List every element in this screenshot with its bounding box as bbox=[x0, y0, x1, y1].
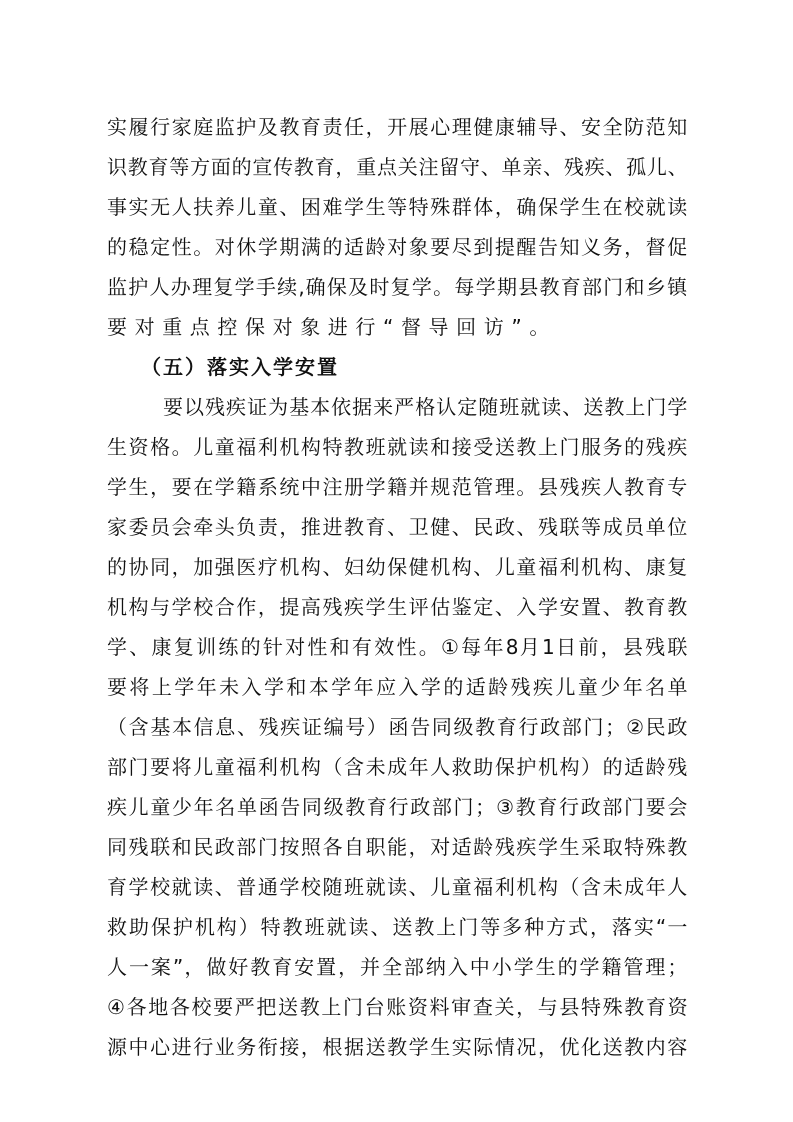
section-heading: （五）落实入学安置 bbox=[107, 347, 687, 387]
text-line: ④ 各 地 各 校 要 严 把 送 教 上 门 台 账 资 料 审 查 关 ， … bbox=[107, 987, 687, 1027]
text-line: 的 稳 定 性 。 对 休 学 期 满 的 适 龄 对 象 要 尽 到 提 醒 … bbox=[107, 227, 687, 267]
text-line: 机 构 与 学 校 合 作 ， 提 高 残 疾 学 生 评 估 鉴 定 、 入 … bbox=[107, 587, 687, 627]
text-line: 要对重点控保对象进行“督导回访”。 bbox=[107, 307, 687, 347]
text-line: 学 生 ， 要 在 学 籍 系 统 中 注 册 学 籍 并 规 范 管 理 。 … bbox=[107, 467, 687, 507]
text-line: 同 残 联 和 民 政 部 门 按 照 各 自 职 能 ， 对 适 龄 残 疾 … bbox=[107, 827, 687, 867]
text-line: 要 将 上 学 年 未 入 学 和 本 学 年 应 入 学 的 适 龄 残 疾 … bbox=[107, 667, 687, 707]
text-line: 监 护 人 办 理 复 学 手 续 , 确 保 及 时 复 学 。 每 学 期 … bbox=[107, 267, 687, 307]
paragraph-2: 要 以 残 疾 证 为 基 本 依 据 来 严 格 认 定 随 班 就 读 、 … bbox=[107, 387, 687, 1067]
page-body: 实 履 行 家 庭 监 护 及 教 育 责 任 ， 开 展 心 理 健 康 辅 … bbox=[107, 107, 687, 1067]
text-line: 源 中 心 进 行 业 务 衔 接 ， 根 据 送 教 学 生 实 际 情 况 … bbox=[107, 1027, 687, 1067]
text-line: 的 协 同 ， 加 强 医 疗 机 构 、 妇 幼 保 健 机 构 、 儿 童 … bbox=[107, 547, 687, 587]
text-line: 救 助 保 护 机 构 ） 特 教 班 就 读 、 送 教 上 门 等 多 种 … bbox=[107, 907, 687, 947]
text-line: 疾 儿 童 少 年 名 单 函 告 同 级 教 育 行 政 部 门 ； ③ 教 … bbox=[107, 787, 687, 827]
text-line: 部 门 要 将 儿 童 福 利 机 构 （ 含 未 成 年 人 救 助 保 护 … bbox=[107, 747, 687, 787]
text-line: （ 含 基 本 信 息 、 残 疾 证 编 号 ） 函 告 同 级 教 育 行 … bbox=[107, 707, 687, 747]
document-page: 实 履 行 家 庭 监 护 及 教 育 责 任 ， 开 展 心 理 健 康 辅 … bbox=[0, 0, 793, 1122]
text-line: 学 、 康 复 训 练 的 针 对 性 和 有 效 性 。 ① 每 年 8 月 … bbox=[107, 627, 687, 667]
text-line: 要 以 残 疾 证 为 基 本 依 据 来 严 格 认 定 随 班 就 读 、 … bbox=[107, 387, 687, 427]
text-line: 识 教 育 等 方 面 的 宣 传 教 育 ， 重 点 关 注 留 守 、 单 … bbox=[107, 147, 687, 187]
text-line: 生 资 格 。 儿 童 福 利 机 构 特 教 班 就 读 和 接 受 送 教 … bbox=[107, 427, 687, 467]
text-line: 实 履 行 家 庭 监 护 及 教 育 责 任 ， 开 展 心 理 健 康 辅 … bbox=[107, 107, 687, 147]
text-line: 人 一 案 ” ， 做 好 教 育 安 置 ， 并 全 部 纳 入 中 小 学 … bbox=[107, 947, 687, 987]
text-line: 事 实 无 人 扶 养 儿 童 、 困 难 学 生 等 特 殊 群 体 ， 确 … bbox=[107, 187, 687, 227]
paragraph-1: 实 履 行 家 庭 监 护 及 教 育 责 任 ， 开 展 心 理 健 康 辅 … bbox=[107, 107, 687, 347]
text-line: 家 委 员 会 牵 头 负 责 ， 推 进 教 育 、 卫 健 、 民 政 、 … bbox=[107, 507, 687, 547]
text-line: 育 学 校 就 读 、 普 通 学 校 随 班 就 读 、 儿 童 福 利 机 … bbox=[107, 867, 687, 907]
